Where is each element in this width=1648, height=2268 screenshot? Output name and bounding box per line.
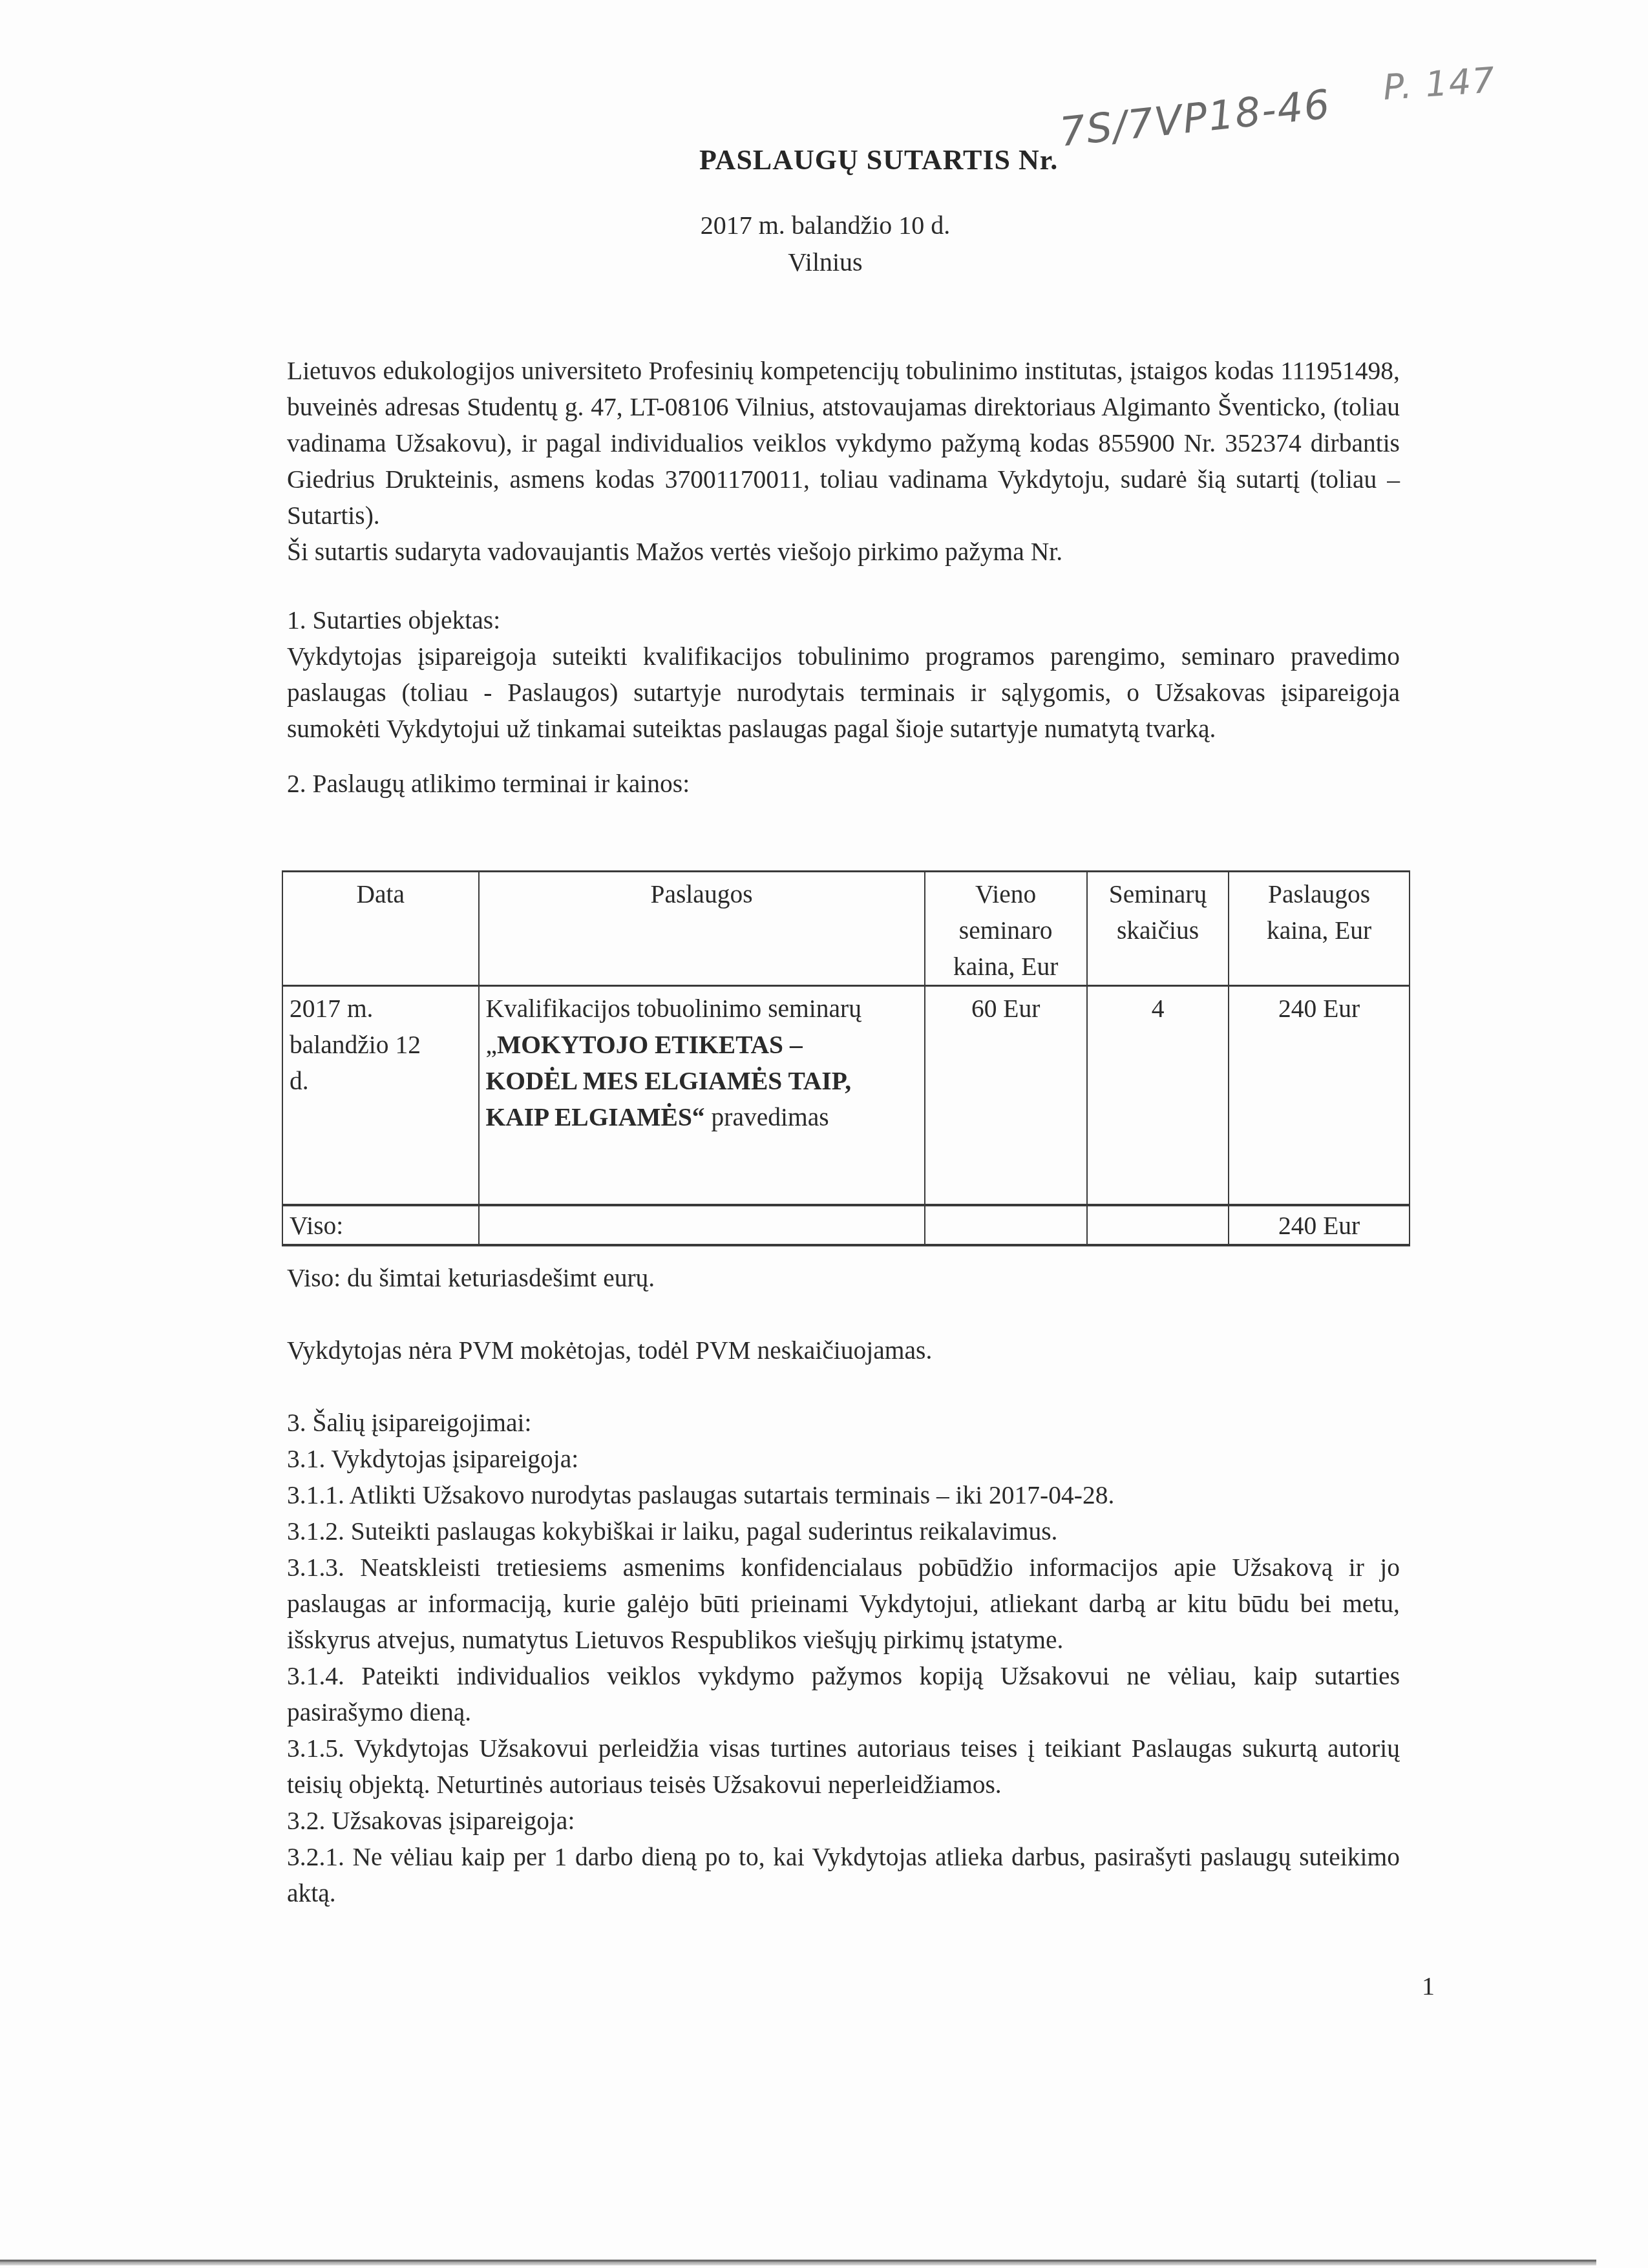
obligation-item: 3.1.2. Suteikti paslaugas kokybiškai ir …	[287, 1513, 1400, 1549]
document-title: PASLAUGŲ SUTARTIS Nr.	[699, 143, 1058, 176]
header-date: Data	[282, 872, 479, 986]
section1-heading: 1. Sutarties objektas:	[287, 602, 1400, 638]
vat-note: Vykdytojas nėra PVM mokėtojas, todėl PVM…	[287, 1332, 1400, 1369]
summary-total: 240 Eur	[1229, 1205, 1410, 1245]
scan-edge-divider	[0, 2260, 1596, 2265]
obligation-item: 3.1. Vykdytojas įsipareigoja:	[287, 1441, 1400, 1477]
cell-service: Kvalifikacijos tobuolinimo seminarų „MOK…	[479, 986, 925, 1206]
summary-label: Viso:	[282, 1205, 479, 1245]
obligation-item: 3.1.5. Vykdytojas Užsakovui perleidžia v…	[287, 1730, 1400, 1803]
intro-paragraph: Lietuvos edukologijos universiteto Profe…	[287, 353, 1400, 534]
document-page: P. 147 PASLAUGŲ SUTARTIS Nr. 7S/7VP18-46…	[0, 0, 1648, 2268]
cell-count: 4	[1087, 986, 1229, 1206]
table-header-row: Data Paslaugos Vieno seminaro kaina, Eur…	[282, 872, 1410, 986]
cell-unit-price: 60 Eur	[925, 986, 1087, 1206]
intro-section: Lietuvos edukologijos universiteto Profe…	[287, 353, 1400, 570]
page-number: 1	[1422, 1971, 1435, 2001]
services-table: Data Paslaugos Vieno seminaro kaina, Eur…	[282, 870, 1410, 1246]
header-count: Seminarų skaičius	[1087, 872, 1229, 986]
section2-heading: 2. Paslaugų atlikimo terminai ir kainos:	[287, 766, 1400, 802]
table-row: 2017 m. balandžio 12 d. Kvalifikacijos t…	[282, 986, 1410, 1206]
header-total: Paslaugos kaina, Eur	[1229, 872, 1410, 986]
header-unit-price: Vieno seminaro kaina, Eur	[925, 872, 1087, 986]
cell-date: 2017 m. balandžio 12 d.	[282, 986, 479, 1206]
contract-date: 2017 m. balandžio 10 d.	[1, 210, 1648, 240]
section3-heading: 3. Šalių įsipareigojimai:	[287, 1405, 1400, 1441]
obligation-item: 3.2. Užsakovas įsipareigoja:	[287, 1803, 1400, 1839]
summary-empty-service	[479, 1205, 925, 1245]
contract-city: Vilnius	[1, 247, 1648, 277]
obligation-item: 3.1.1. Atlikti Užsakovo nurodytas paslau…	[287, 1477, 1400, 1513]
summary-empty-count	[1087, 1205, 1229, 1245]
table-summary-row: Viso: 240 Eur	[282, 1205, 1410, 1245]
section1-text: Vykdytojas įsipareigoja suteikti kvalifi…	[287, 638, 1400, 747]
intro-basis: Ši sutartis sudaryta vadovaujantis Mažos…	[287, 534, 1400, 570]
title-text: PASLAUGŲ SUTARTIS Nr.	[699, 144, 1058, 176]
handwritten-contract-number: 7S/7VP18-46	[1057, 80, 1333, 156]
service-suffix: pravedimas	[705, 1103, 829, 1131]
handwritten-page-mark: P. 147	[1382, 59, 1497, 108]
section3: 3. Šalių įsipareigojimai: 3.1. Vykdytoja…	[287, 1405, 1400, 1911]
obligation-item: 3.2.1. Ne vėliau kaip per 1 darbo dieną …	[287, 1839, 1400, 1911]
obligation-item: 3.1.3. Neatskleisti tretiesiems asmenims…	[287, 1549, 1400, 1658]
total-in-words: Viso: du šimtai keturiasdešimt eurų.	[287, 1260, 1400, 1296]
cell-total: 240 Eur	[1229, 986, 1410, 1206]
summary-empty-unit	[925, 1205, 1087, 1245]
obligation-item: 3.1.4. Pateikti individualios veiklos vy…	[287, 1658, 1400, 1730]
header-service: Paslaugos	[479, 872, 925, 986]
